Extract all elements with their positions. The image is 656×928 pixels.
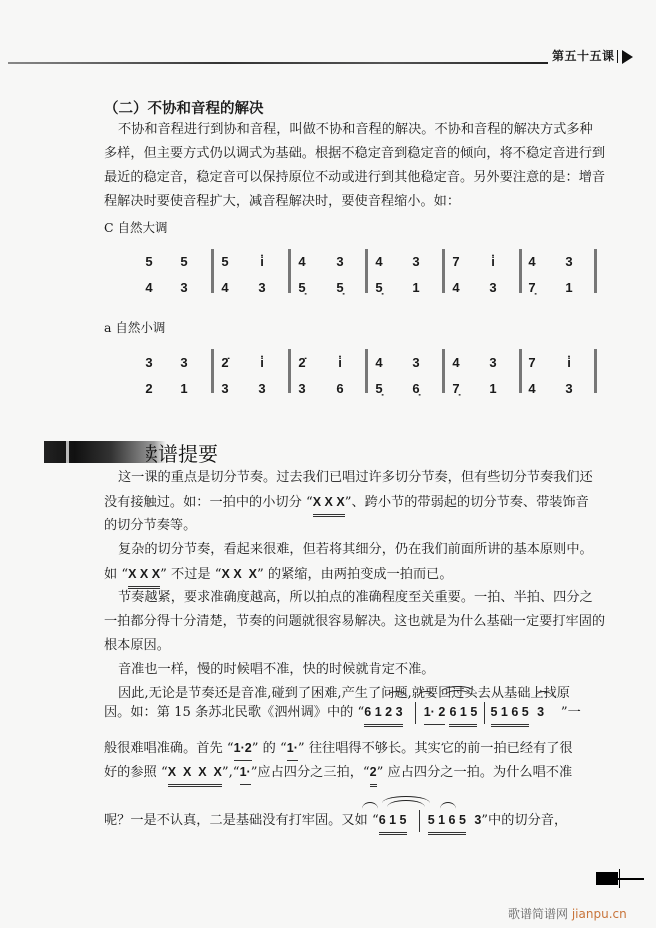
jianpu-notation: 1· (287, 736, 298, 761)
note: 2̇ (296, 355, 308, 370)
jianpu-notation: 6 1 5 (449, 700, 477, 727)
note: 4 (373, 355, 385, 370)
note: 4 (526, 254, 538, 269)
paragraph-line: 音准也一样，慢的时候唱不准，快的时候就肯定不准。 (118, 658, 435, 682)
note: 3 (410, 254, 422, 269)
note: 3 (256, 280, 268, 295)
barline (288, 249, 291, 293)
note: 5̣ (334, 280, 346, 295)
paragraph-line: 好的参照 “X X X X”,“1·”应占四分之三拍，“2” 应占四分之一拍。为… (104, 760, 572, 787)
note: i̇ (563, 355, 575, 370)
note: 7̣ (450, 381, 462, 396)
rhythm-notation: X X X (222, 562, 257, 586)
slur (444, 690, 472, 697)
paragraph-line: 不协和音程进行到协和音程，叫做不协和音程的解决。不协和音程的解决方式多种 (118, 118, 593, 142)
barline (519, 249, 522, 293)
note: 7 (450, 254, 462, 269)
note: 1 (410, 280, 422, 295)
note: 3 (487, 280, 499, 295)
jianpu-notation: 1· (240, 760, 251, 785)
note: 4 (373, 254, 385, 269)
section-title: （二）不协和音程的解决 (104, 97, 264, 118)
note: 3 (563, 254, 575, 269)
rhythm-notation: X X X (313, 490, 345, 517)
note: 5̣ (296, 280, 308, 295)
note: 5̣ (373, 381, 385, 396)
page-marker-line (618, 878, 644, 880)
note: 3 (178, 280, 190, 295)
barline (419, 810, 420, 832)
note: 3 (178, 355, 190, 370)
jianpu-notation: 6 1 2 3 (364, 700, 402, 727)
jianpu-notation: 5 1 6 5 (428, 808, 466, 835)
rhythm-notation: X X X (128, 562, 160, 589)
paragraph-line: 最近的稳定音，稳定音可以保持原位不动或进行到其他稳定音。另外要注意的是：增音 (104, 166, 605, 190)
slur (535, 691, 553, 698)
note: 5 (143, 254, 155, 269)
note: 3 (487, 355, 499, 370)
barline (365, 349, 368, 393)
barline (365, 249, 368, 293)
note: 6̣ (410, 381, 422, 396)
note: 4 (450, 280, 462, 295)
reading-tips-title: 读谱提要 (146, 438, 236, 467)
note: 6 (334, 381, 346, 396)
note: 3 (563, 381, 575, 396)
barline (442, 349, 445, 393)
note: 3 (410, 355, 422, 370)
note: 4 (450, 355, 462, 370)
paragraph-line: 根本原因。 (104, 634, 170, 658)
note: i̇ (256, 355, 268, 370)
paragraph-line: 多样，但主要方式仍以调式为基础。根据不稳定音到稳定音的倾向，将不稳定音进行到 (104, 142, 605, 166)
right-triangle-icon (622, 50, 633, 64)
paragraph-line: 一拍都分得十分清楚，节奏的问题就很容易解决。这也就是为什么基础一定要打牢固的 (104, 610, 605, 634)
note: 4 (296, 254, 308, 269)
page-marker-block (596, 872, 618, 885)
jianpu-notation: 5 1 6 5 (491, 700, 529, 727)
note: 1 (563, 280, 575, 295)
paragraph-line: 这一课的重点是切分节奏。过去我们已唱过许多切分节奏，但有些切分节奏我们还 (118, 466, 593, 490)
paragraph-line: 没有接触过。如：一拍中的小切分 “X X X”、跨小节的带弱起的切分节奏、带装饰… (104, 490, 589, 517)
rhythm-notation: X X X X (168, 760, 222, 787)
note: i̇ (256, 254, 268, 269)
paragraph-line: 呢？一是不认真，二是基础没有打牢固。又如 “6 1 5 5 1 6 5 3”中的… (104, 808, 567, 835)
paragraph-line: 节奏越紧，要求准确度越高，所以拍点的准确程度至关重要。一拍、半拍、四分之 (118, 586, 593, 610)
note: 7̣ (526, 280, 538, 295)
jianpu-notation: 1·2 (234, 736, 252, 761)
barline (519, 349, 522, 393)
note: 4 (219, 280, 231, 295)
barline (211, 349, 214, 393)
header-rule (8, 62, 548, 64)
note: 4 (526, 381, 538, 396)
note: 4 (143, 280, 155, 295)
slur (417, 691, 435, 698)
jianpu-notation: 6 1 5 (379, 808, 407, 835)
note: 1 (178, 381, 190, 396)
paragraph-line: 般很难唱准确。首先 “1·2” 的 “1·” 往往唱得不够长。其实它的前一拍已经… (104, 736, 573, 761)
note: 5 (178, 254, 190, 269)
note: 3 (296, 381, 308, 396)
barline (211, 249, 214, 293)
slur (387, 800, 425, 807)
banner-divider (66, 441, 69, 463)
paragraph-line: 因。如：第 15 条苏北民歌《泗州调》中的 “6 1 2 3 1· 2 6 1 … (104, 700, 581, 727)
slur (386, 691, 408, 698)
note: 3 (143, 355, 155, 370)
watermark: 歌谱简谱网 jianpu.cn (508, 905, 627, 922)
barline (594, 249, 597, 293)
note: 2 (143, 381, 155, 396)
note: i̇ (334, 355, 346, 370)
note: 3 (256, 381, 268, 396)
jianpu-notation: 3 (537, 700, 544, 724)
paragraph-line: 复杂的切分节奏，看起来很难，但若将其细分，仍在我们前面所讲的基本原则中。 (118, 538, 593, 562)
barline (484, 702, 485, 724)
note: 2̇ (219, 355, 231, 370)
note: 7 (526, 355, 538, 370)
note: 5̣ (373, 280, 385, 295)
example-label-minor: a 自然小调 (104, 318, 165, 336)
jianpu-notation: 1· 2 (424, 700, 446, 725)
barline (442, 249, 445, 293)
note: i̇ (487, 254, 499, 269)
barline (288, 349, 291, 393)
jianpu-notation: 3 (474, 808, 481, 832)
paragraph-line: 的切分节奏等。 (104, 514, 196, 538)
note: 3 (219, 381, 231, 396)
barline (415, 702, 416, 724)
paragraph-line: 如 “X X X” 不过是 “X X X” 的紧缩，由两拍变成一拍而已。 (104, 562, 453, 589)
note: 3 (334, 254, 346, 269)
jianpu-notation: 2 (370, 760, 377, 787)
example-label-major: C 自然大调 (104, 218, 168, 236)
paragraph-line: 程解决时要使音程扩大，减音程解决时，要使音程缩小。如： (104, 190, 460, 214)
lesson-title: 第五十五课 (552, 50, 618, 63)
barline (594, 349, 597, 393)
note: 1 (487, 381, 499, 396)
note: 5 (219, 254, 231, 269)
